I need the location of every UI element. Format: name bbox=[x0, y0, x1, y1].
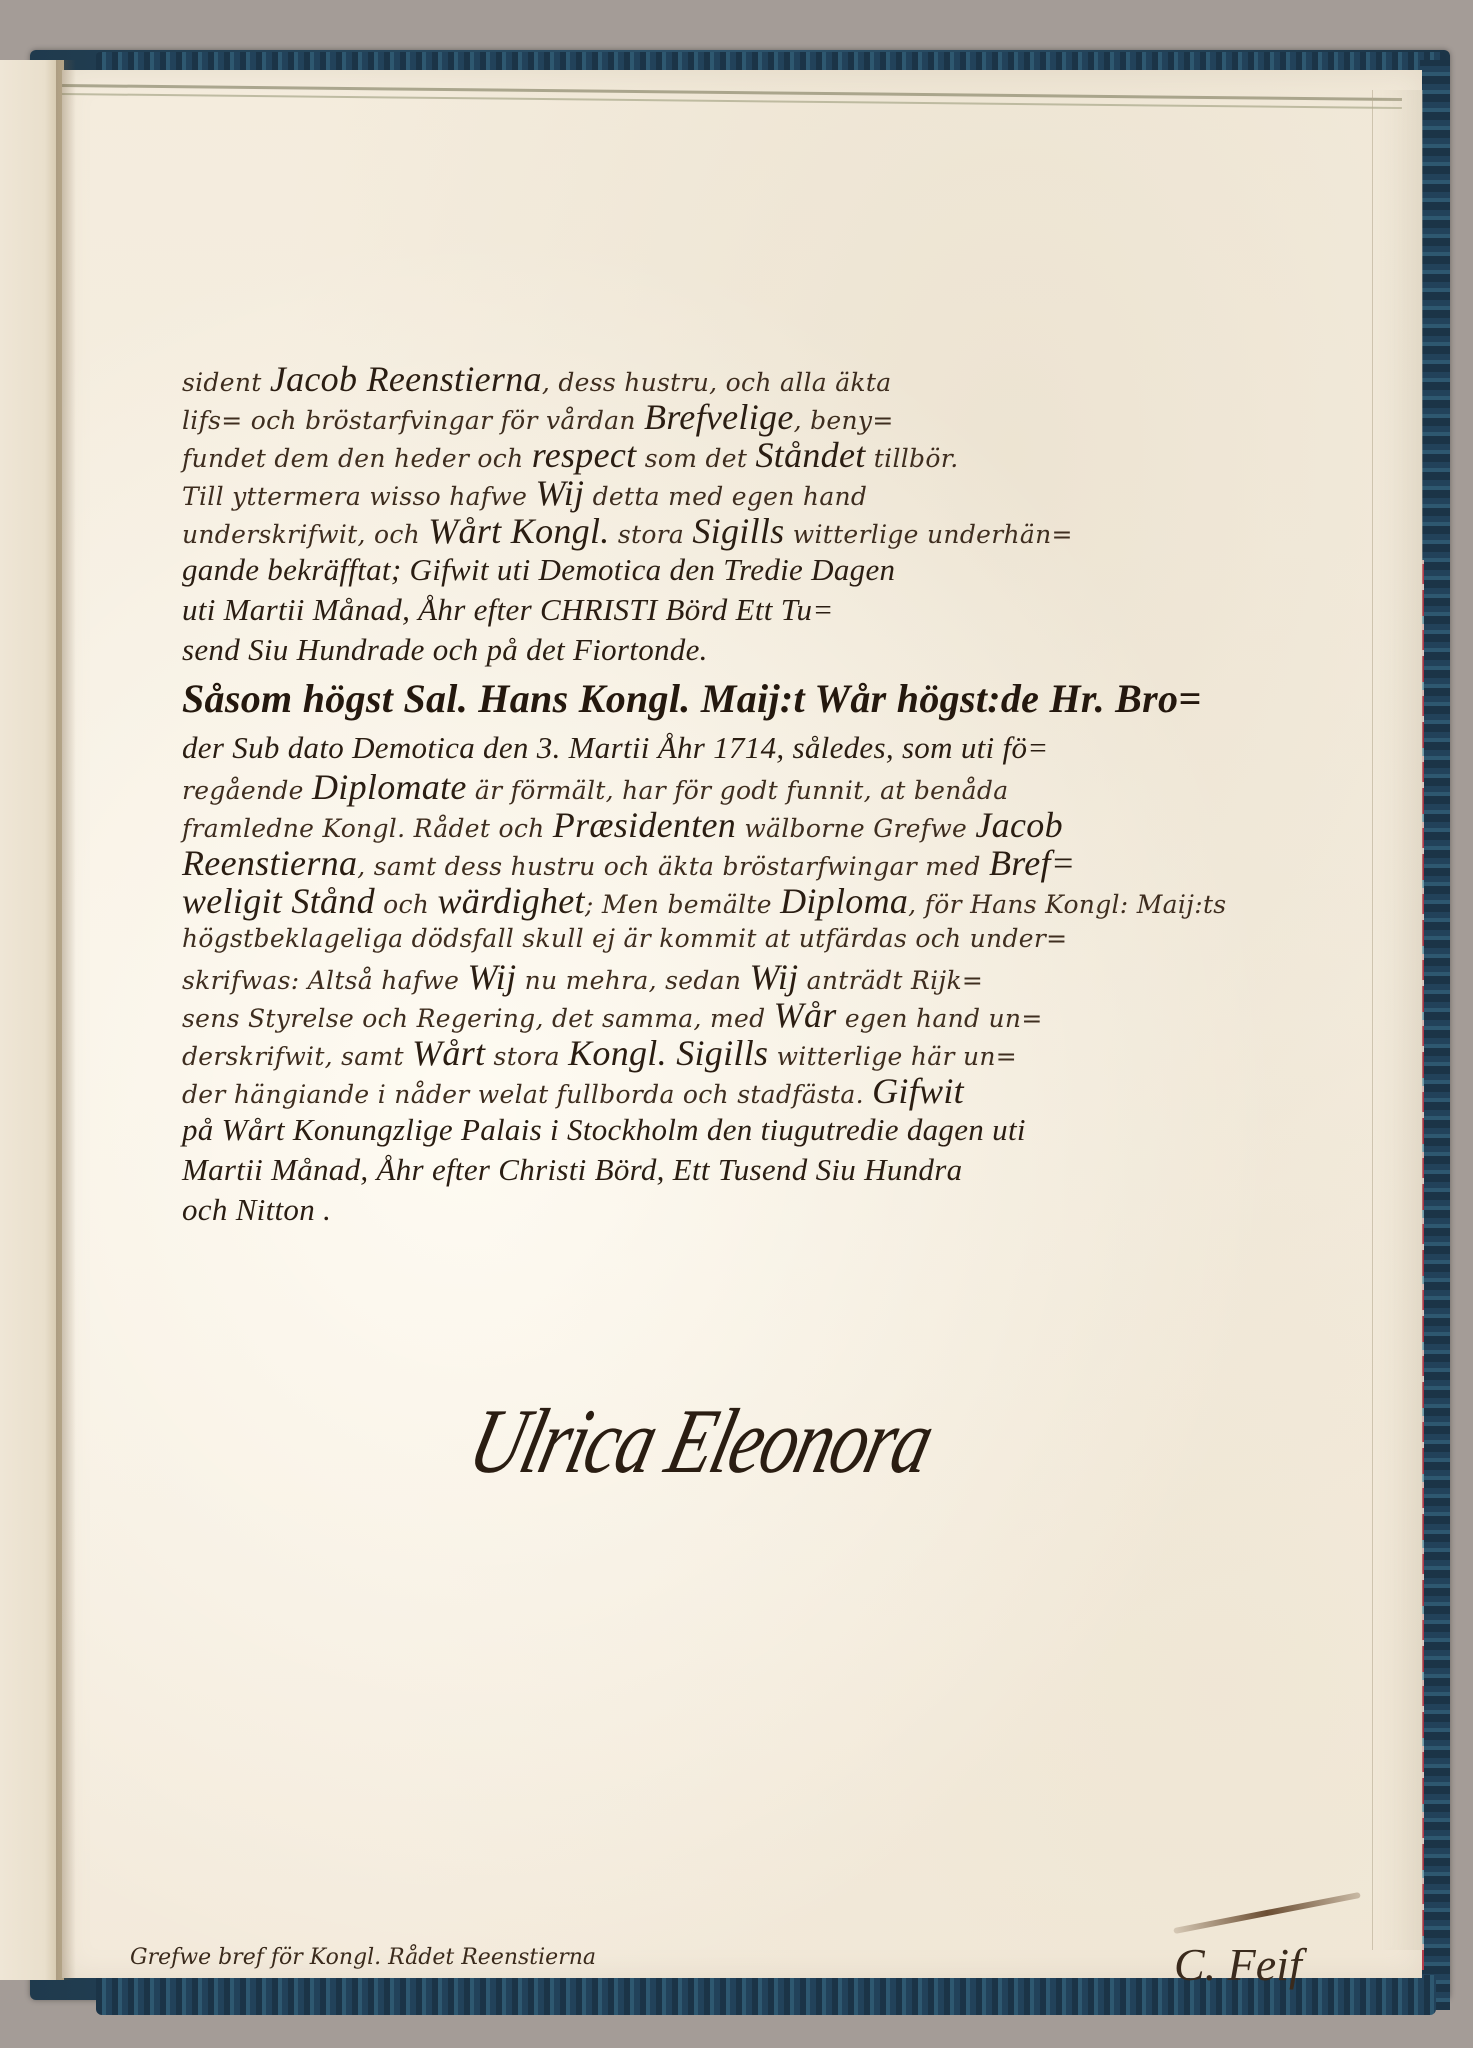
line-text: der hängiande i nåder welat fullborda oc… bbox=[182, 1080, 872, 1109]
manuscript-text: sident Jacob Reenstierna, dess hustru, o… bbox=[182, 360, 1262, 1230]
manuscript-line: fundet dem den heder och respect som det… bbox=[182, 436, 1262, 474]
manuscript-line: högstbeklageliga dödsfall skull ej är ko… bbox=[182, 920, 1262, 958]
line-text: och bbox=[375, 890, 438, 919]
manuscript-line: skrifwas: Altså hafwe Wij nu mehra, seda… bbox=[182, 958, 1262, 996]
emphasized-word: Præsidenten bbox=[553, 805, 736, 845]
emphasized-word: Wårt bbox=[412, 1033, 485, 1073]
line-text: Till yttermera wisso hafwe bbox=[182, 482, 535, 511]
line-text: Martii Månad, Åhr efter Christi Börd, Et… bbox=[182, 1152, 962, 1187]
cover-right-edge bbox=[1420, 60, 1450, 2010]
emphasized-word: Bref= bbox=[989, 843, 1075, 883]
line-text: och Nitton . bbox=[182, 1192, 331, 1227]
emphasized-word: Wårt Kongl. bbox=[428, 511, 609, 551]
manuscript-line: send Siu Hundrade och på det Fiortonde. bbox=[182, 630, 1262, 670]
footer-annotation: Grefwe bref för Kongl. Rådet Reenstierna bbox=[130, 1945, 596, 1970]
manuscript-line: regående Diplomate är förmält, har för g… bbox=[182, 768, 1262, 806]
line-text: är förmält, har för godt funnit, at benå… bbox=[467, 776, 1009, 805]
line-text: stora bbox=[610, 520, 693, 549]
line-text: underskrifwit, och bbox=[182, 520, 428, 549]
line-text: send Siu Hundrade och på det Fiortonde. bbox=[182, 632, 708, 667]
line-text: på Wårt Konungzlige Palais i Stockholm d… bbox=[182, 1112, 1026, 1147]
emphasized-word: Jacob bbox=[975, 805, 1062, 845]
manuscript-line: lifs= och bröstarfvingar för vårdan Bref… bbox=[182, 398, 1262, 436]
manuscript-line: underskrifwit, och Wårt Kongl. stora Sig… bbox=[182, 512, 1262, 550]
manuscript-line: framledne Kongl. Rådet och Præsidenten w… bbox=[182, 806, 1262, 844]
line-text: derskrifwit, samt bbox=[182, 1042, 412, 1071]
line-text: anträdt Rijk= bbox=[798, 966, 983, 995]
manuscript-line: Martii Månad, Åhr efter Christi Börd, Et… bbox=[182, 1150, 1262, 1190]
page-top-stain-line bbox=[62, 84, 1402, 109]
manuscript-line: och Nitton . bbox=[182, 1190, 1262, 1230]
emphasized-word: Jacob Reenstierna bbox=[270, 359, 542, 399]
line-text: , beny= bbox=[794, 406, 894, 435]
emphasized-word: Reenstierna bbox=[182, 843, 357, 883]
manuscript-line: der hängiande i nåder welat fullborda oc… bbox=[182, 1072, 1262, 1110]
line-text: , samt dess hustru och äkta bröstarfwing… bbox=[357, 852, 989, 881]
line-text: egen hand un= bbox=[837, 1004, 1043, 1033]
manuscript-line: på Wårt Konungzlige Palais i Stockholm d… bbox=[182, 1110, 1262, 1150]
line-text: der Sub dato Demotica den 3. Martii Åhr … bbox=[182, 730, 1048, 765]
manuscript-line: weligit Stånd och wärdighet; Men bemälte… bbox=[182, 882, 1262, 920]
manuscript-line: gande bekräfftat; Gifwit uti Demotica de… bbox=[182, 550, 1262, 590]
emphasized-word: Brefvelige bbox=[644, 397, 794, 437]
manuscript-line: uti Martii Månad, Åhr efter CHRISTI Börd… bbox=[182, 590, 1262, 630]
line-text: , för Hans Kongl: Maij:ts bbox=[908, 890, 1226, 919]
emphasized-word: Wij bbox=[750, 957, 799, 997]
line-text: Såsom högst Sal. Hans Kongl. Maij:t Wår … bbox=[182, 676, 1201, 721]
line-text: , dess hustru, och alla äkta bbox=[542, 368, 892, 397]
previous-page-edge bbox=[0, 60, 64, 1980]
emphasized-word: Wij bbox=[535, 473, 584, 513]
emphasized-word: Ståndet bbox=[755, 435, 865, 475]
manuscript-line: Reenstierna, samt dess hustru och äkta b… bbox=[182, 844, 1262, 882]
line-text: ; Men bemälte bbox=[585, 890, 780, 919]
line-text: stora bbox=[485, 1042, 568, 1071]
emphasized-word: respect bbox=[532, 435, 637, 475]
page-fold bbox=[1372, 90, 1423, 1950]
line-text: witterlige underhän= bbox=[785, 520, 1073, 549]
emphasized-word: wärdighet bbox=[437, 881, 584, 921]
line-text: uti Martii Månad, Åhr efter CHRISTI Börd… bbox=[182, 592, 834, 627]
line-text: detta med egen hand bbox=[584, 482, 867, 511]
manuscript-line: Till yttermera wisso hafwe Wij detta med… bbox=[182, 474, 1262, 512]
manuscript-line: Såsom högst Sal. Hans Kongl. Maij:t Wår … bbox=[182, 670, 1262, 728]
line-text: nu mehra, sedan bbox=[516, 966, 749, 995]
emphasized-word: Sigills bbox=[692, 511, 784, 551]
line-text: fundet dem den heder och bbox=[182, 444, 532, 473]
line-text: högstbeklageliga dödsfall skull ej är ko… bbox=[182, 924, 1067, 953]
line-text: skrifwas: Altså hafwe bbox=[182, 966, 467, 995]
manuscript-line: derskrifwit, samt Wårt stora Kongl. Sigi… bbox=[182, 1034, 1262, 1072]
line-text: framledne Kongl. Rådet och bbox=[182, 814, 553, 843]
emphasized-word: Wår bbox=[774, 995, 837, 1035]
line-text: lifs= och bröstarfvingar för vårdan bbox=[182, 406, 644, 435]
line-text: regående bbox=[182, 776, 312, 805]
emphasized-word: Kongl. Sigills bbox=[568, 1033, 768, 1073]
manuscript-page: sident Jacob Reenstierna, dess hustru, o… bbox=[62, 70, 1422, 1978]
royal-signature: Ulrica Eleonora bbox=[459, 1389, 943, 1495]
emphasized-word: weligit Stånd bbox=[182, 881, 375, 921]
line-text: witterlige här un= bbox=[768, 1042, 1017, 1071]
countersignature-flourish bbox=[1173, 1892, 1361, 1934]
line-text: gande bekräfftat; Gifwit uti Demotica de… bbox=[182, 552, 895, 587]
emphasized-word: Gifwit bbox=[872, 1071, 964, 1111]
line-text: tillbör. bbox=[866, 444, 959, 473]
line-text: som det bbox=[636, 444, 755, 473]
emphasized-word: Diploma bbox=[780, 881, 908, 921]
countersignature: C. Feif bbox=[1174, 1938, 1302, 1991]
gutter-shadow bbox=[56, 60, 76, 1980]
line-text: sens Styrelse och Regering, det samma, m… bbox=[182, 1004, 774, 1033]
line-text: wälborne Grefwe bbox=[736, 814, 975, 843]
manuscript-line: sens Styrelse och Regering, det samma, m… bbox=[182, 996, 1262, 1034]
manuscript-line: der Sub dato Demotica den 3. Martii Åhr … bbox=[182, 728, 1262, 768]
manuscript-line: sident Jacob Reenstierna, dess hustru, o… bbox=[182, 360, 1262, 398]
line-text: sident bbox=[182, 368, 270, 397]
emphasized-word: Diplomate bbox=[312, 767, 467, 807]
emphasized-word: Wij bbox=[467, 957, 516, 997]
